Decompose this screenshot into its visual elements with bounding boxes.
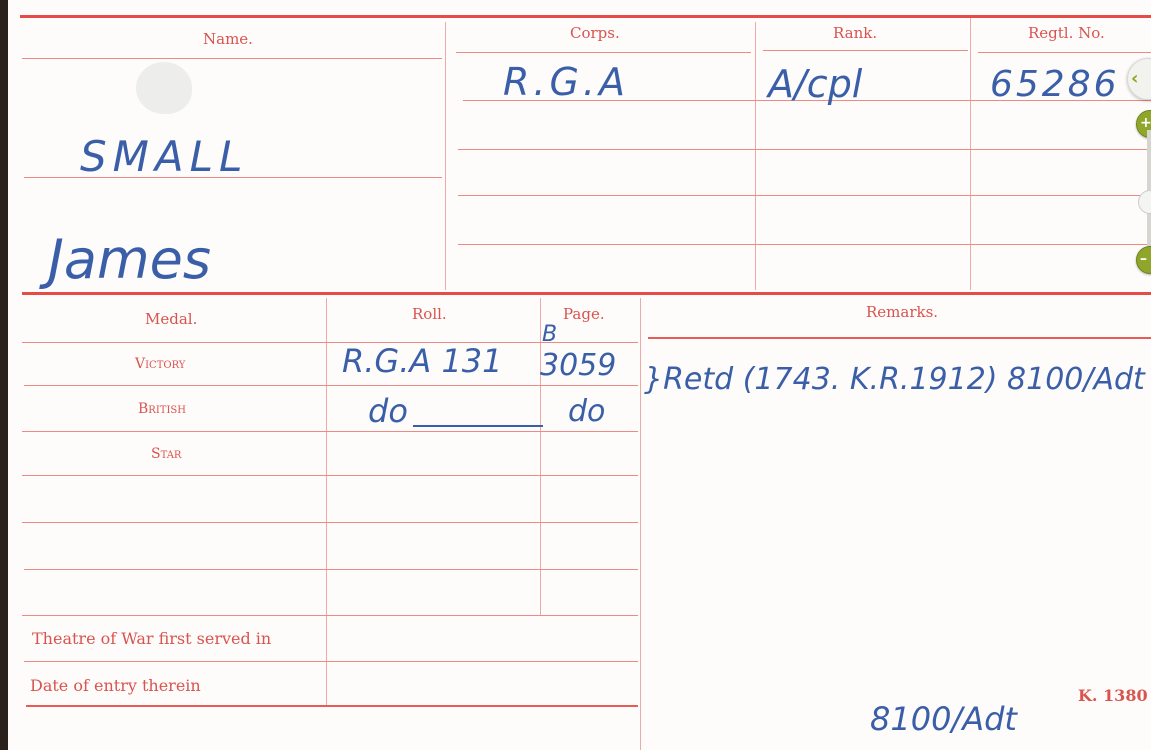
date-entry-rule [26,705,638,707]
rank-entry: A/cpl [768,62,862,106]
watermark-stamp [136,62,192,114]
remarks-header-rule [648,337,1151,339]
medal-index-card: Name. Corps. Rank. Regtl. No. SMALL Jame… [8,0,1151,750]
footer-note: 8100/Adt [870,700,1017,738]
surname-entry: SMALL [80,132,248,181]
minus-icon: – [1140,251,1147,267]
medal-victory: Victory [135,356,185,372]
forename-entry: James [48,228,211,291]
divider-medal-roll [326,298,327,706]
corps-entry: R.G.A [503,60,629,104]
regtl-header-rule [978,52,1151,53]
form-number: K. 1380 [1078,686,1148,705]
divider-name-corps [445,22,446,290]
row2-rule [458,149,1151,150]
medal-star: Star [151,446,181,462]
star-rule [22,475,638,476]
rank-label: Rank. [833,24,877,42]
theatre-label: Theatre of War first served in [32,629,271,648]
date-entry-label: Date of entry therein [30,676,201,695]
page-label: Page. [563,305,605,323]
plus-icon: + [1140,115,1151,131]
british-rule [22,431,638,432]
theatre-rule [24,661,638,662]
roll-label: Roll. [412,305,447,323]
medal-label: Medal. [145,310,197,328]
victory-rule [24,385,638,386]
pan-control[interactable]: ‹ [1127,58,1151,100]
divider-rank-regtl [970,18,971,290]
regtl-no-entry: 65286 [990,64,1120,105]
divider-page-remarks [640,298,641,750]
rank-header-rule [763,50,968,51]
name-header-rule [22,58,442,59]
regtl-no-label: Regtl. No. [1028,24,1105,42]
corps-header-rule [456,52,751,53]
zoom-out-button[interactable]: – [1136,246,1151,274]
british-page-entry: do [568,394,605,429]
victory-page-superscript: B [542,322,557,347]
victory-page-entry: 3059 [540,348,616,383]
middle-rule [22,292,1151,295]
blank2-rule [24,569,638,570]
remarks-entry: }Retd (1743. K.R.1912) 8100/Adt [644,362,1145,397]
row4-rule [458,244,1151,245]
top-rule [20,15,1151,18]
british-roll-entry: do [368,392,408,430]
victory-roll-entry: R.G.A 131 [342,342,503,380]
name-label: Name. [203,30,253,48]
row3-rule [458,195,1151,196]
corps-label: Corps. [570,24,620,42]
blank1-rule [22,522,638,523]
ditto-stroke [413,425,543,427]
remarks-label: Remarks. [866,303,938,321]
medal-british: British [138,401,186,417]
zoom-slider-thumb[interactable] [1138,190,1151,214]
blank3-rule [22,615,638,616]
chevron-left-icon: ‹ [1131,68,1138,89]
divider-corps-rank [755,22,756,290]
